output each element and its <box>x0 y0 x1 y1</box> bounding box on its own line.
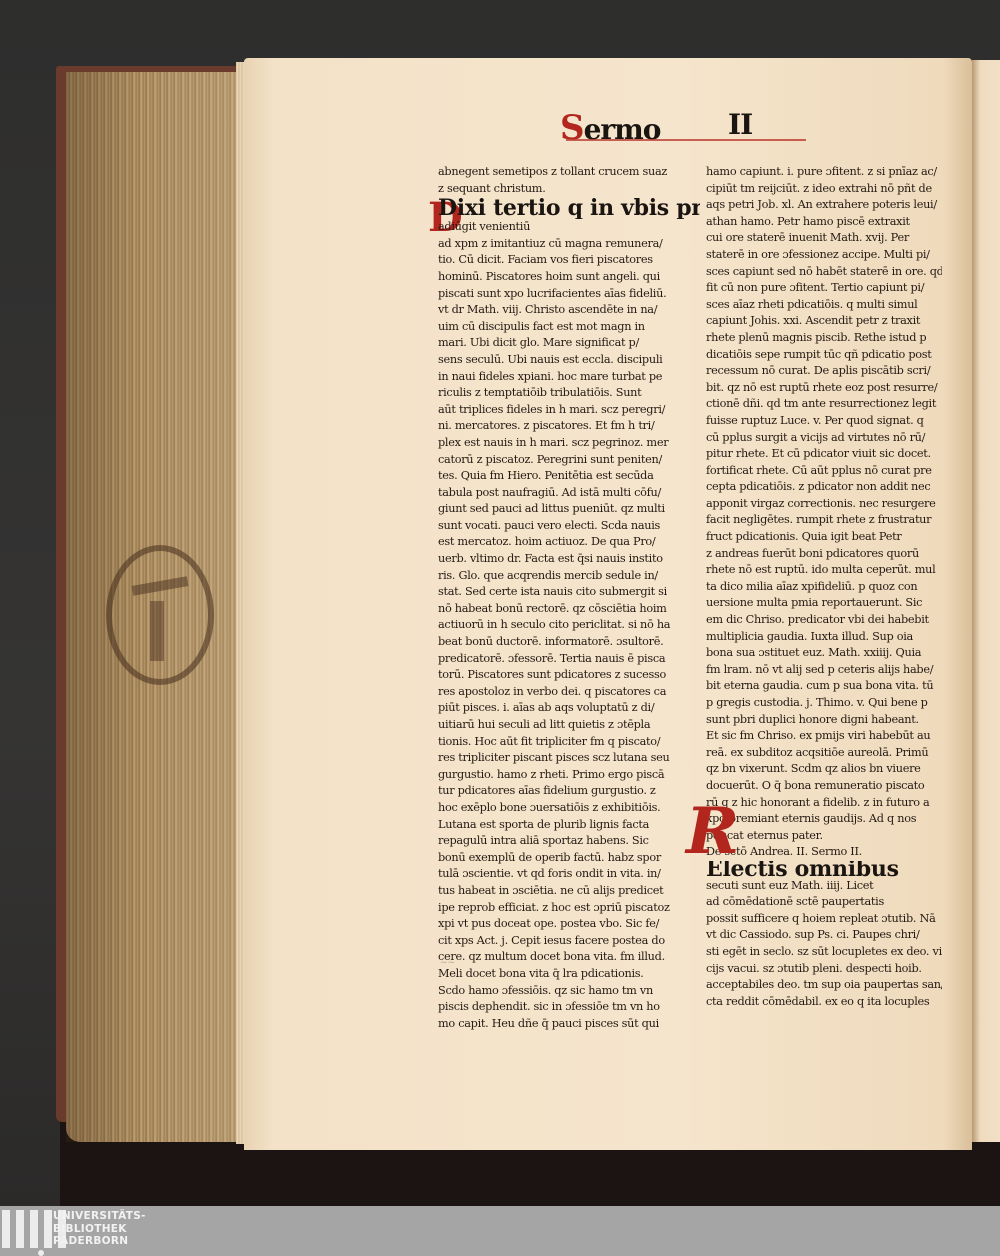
text-line: hamo capiunt. i. pure ɔfitent. z si pnīa… <box>706 164 942 181</box>
text-line: ipe reprob efficiat. z hoc est ɔpriū pis… <box>438 900 700 917</box>
facing-page-edge <box>972 60 1000 1142</box>
text-line: uerb. vltimo dr. Facta est q̄si nauis in… <box>438 551 700 568</box>
text-line: est mercatoz. hoim actiuoz. De qua Pro/ <box>438 534 700 551</box>
text-line: vt dic Cassiodo. sup Ps. ci. Paupes chri… <box>706 927 942 944</box>
text-line: staterē in ore ɔfessionez accipe. Multi … <box>706 247 942 264</box>
text-line: fruct pdicationis. Quia igit beat Petr <box>706 529 942 546</box>
text-line: adiūgit venientiū <box>438 219 700 236</box>
text-line: dicatiōis sepe rumpit tūc qñ pdicatio po… <box>706 347 942 364</box>
text-line: fit cū non pure ɔfitent. Tertio capiunt … <box>706 280 942 297</box>
logo-line-2: BIBLIOTHEK <box>53 1223 146 1236</box>
running-header: Sermo II <box>560 108 660 148</box>
text-line: reā. ex subditoz acqsitiōe aureolā. Prim… <box>706 745 942 762</box>
text-line: beat bonū ductorē. informatorē. ɔsultorē… <box>438 634 700 651</box>
text-line: secuti sunt euz Math. iiij. Licet <box>706 878 942 895</box>
text-line: piūt pisces. i. aīas ab aqs voluptatū z … <box>438 700 700 717</box>
text-line: tur pdicatores aīas fidelium gurgustio. … <box>438 783 700 800</box>
text-line: tulā ɔscientie. vt qd foris ondit in vit… <box>438 866 700 883</box>
text-line: Electis omnibus <box>706 861 942 878</box>
text-line: cipiūt tm reijciūt. z ideo extrahi nō pñ… <box>706 181 942 198</box>
text-line: abnegent semetipos z tollant crucem suaz <box>438 164 700 181</box>
text-line: bonū exemplū de operib factū. habz spor <box>438 850 700 867</box>
text-line: z andreas fuerūt boni pdicatores quorū <box>706 546 942 563</box>
dropcap-r: R <box>686 800 739 864</box>
text-line: athan hamo. Petr hamo piscē extraxit <box>706 214 942 231</box>
text-line: p gregis custodia. j. Thimo. v. Qui bene… <box>706 695 942 712</box>
text-line: hominū. Piscatores hoim sunt angeli. qui <box>438 269 700 286</box>
text-line: cū pplus surgit a vicijs ad virtutes nō … <box>706 430 942 447</box>
header-rule <box>566 139 806 141</box>
text-line: riculis z temptatiōib tribulatiōis. Sunt <box>438 385 700 402</box>
text-line: em dic Chriso. predicator vbi dei habebi… <box>706 612 942 629</box>
text-line: ta dico milia aīaz xpifideliū. p quoz co… <box>706 579 942 596</box>
text-line: aqs petri Job. xl. An extrahere poteris … <box>706 197 942 214</box>
text-line: Scdo hamo ɔfessiōis. qz sic hamo tm vn <box>438 983 700 1000</box>
text-line: rhete nō est ruptū. ido multa ceperūt. m… <box>706 562 942 579</box>
text-line: tionis. Hoc aūt fit tripliciter fm q pis… <box>438 734 700 751</box>
header-title: ermo <box>584 113 661 146</box>
text-line: bit. qz nō est ruptū rhete eoz post resu… <box>706 380 942 397</box>
text-line: tio. Cū dicit. Faciam vos fieri piscator… <box>438 252 700 269</box>
text-line: cijs vacui. sz ɔtutib pleni. despecti ho… <box>706 961 942 978</box>
text-line: mari. Ubi dicit glo. Mare significat p/ <box>438 335 700 352</box>
text-line: apponit virgaz correctionis. nec resurge… <box>706 496 942 513</box>
text-line: catorū z piscatoz. Peregrini sunt penite… <box>438 452 700 469</box>
text-line: predicatorē. ɔfessorē. Tertia nauis ē pi… <box>438 651 700 668</box>
text-line: z sequant christum. <box>438 181 700 198</box>
left-text-column: abnegent semetipos z tollant crucem suaz… <box>438 164 700 1032</box>
right-text-column: hamo capiunt. i. pure ɔfitent. z si pnīa… <box>706 164 942 1010</box>
text-line: sces capiunt sed nō habēt staterē in ore… <box>706 264 942 281</box>
text-line: nō habeat bonū rectorē. qz cōsciētia hoi… <box>438 601 700 618</box>
header-number: II <box>728 108 752 141</box>
text-line: cui ore staterē inuenit Math. xvij. Per <box>706 230 942 247</box>
text-line: Meli docet bona vita q̄ lra pdicationis. <box>438 966 700 983</box>
text-line: docuerūt. O q̄ bona remuneratio piscato <box>706 778 942 795</box>
text-line: tus habeat in ɔsciētia. ne cū alijs pred… <box>438 883 700 900</box>
logo-line-3: PADERBORN <box>53 1235 146 1248</box>
text-line: vt dr Math. viij. Christo ascendēte in n… <box>438 302 700 319</box>
text-line: hoc exēplo bone ɔuersatiōis z exhibitiōi… <box>438 800 700 817</box>
text-line: piscis dephendit. sic in ɔfessiōe tm vn … <box>438 999 700 1016</box>
text-line: stat. Sed certe ista nauis cito submergi… <box>438 584 700 601</box>
text-line: Lutana est sporta de plurib lignis facta <box>438 817 700 834</box>
text-line: recessum nō curat. De aplis piscātib scr… <box>706 363 942 380</box>
text-line: res tripliciter piscant pisces scz lutan… <box>438 750 700 767</box>
header-initial: S <box>560 108 584 148</box>
text-line: tabula post naufragiū. Ad istā multi cōf… <box>438 485 700 502</box>
text-line: rū q z hic honorant a fidelib. z in futu… <box>706 795 942 812</box>
text-line: plex est nauis in h mari. scz pegrinoz. … <box>438 435 700 452</box>
text-line: sunt vocati. pauci vero electi. Scda nau… <box>438 518 700 535</box>
logo-line-1: UNIVERSITÄTS- <box>53 1210 146 1223</box>
text-line: gurgustio. hamo z rheti. Primo ergo pisc… <box>438 767 700 784</box>
text-line: sunt pbri duplici honore digni habeant. <box>706 712 942 729</box>
text-line: actiuorū in h seculo cito periclitat. si… <box>438 617 700 634</box>
logo-dot-icon <box>38 1250 44 1256</box>
text-line: res apostoloz in verbo dei. q piscatores… <box>438 684 700 701</box>
signature-mark: ~~ <box>440 958 455 968</box>
text-line: uersione multa pmia reportauerunt. Sic <box>706 595 942 612</box>
text-line: capiunt Johis. xxi. Ascendit petr z trax… <box>706 313 942 330</box>
text-line: possit sufficere q hoiem repleat ɔtutib.… <box>706 911 942 928</box>
text-line: De sctō Andrea. II. Sermo II. <box>706 844 942 861</box>
text-line: qz bn vixerunt. Scdm qz alios bn viuere <box>706 761 942 778</box>
text-line: rhete plenū magnis piscib. Rethe istud p <box>706 330 942 347</box>
text-line: uitiarū hui seculi ad litt quietis z ɔtē… <box>438 717 700 734</box>
footer-bar: UNIVERSITÄTS- BIBLIOTHEK PADERBORN <box>0 1206 1000 1256</box>
text-line: bona sua ɔstituet euz. Math. xxiiij. Qui… <box>706 645 942 662</box>
text-line: ad cōmēdationē sctē paupertatis <box>706 894 942 911</box>
text-line: fm lram. nō vt alij sed p ceteris alijs … <box>706 662 942 679</box>
text-line: bit eterna gaudia. cum p sua bona vita. … <box>706 678 942 695</box>
text-line: pducat eternus pater. <box>706 828 942 845</box>
text-line: aūt triplices fideles in h mari. scz per… <box>438 402 700 419</box>
text-line: sces aīaz rheti pdicatiōis. q multi simu… <box>706 297 942 314</box>
text-line: facit negligētes. rumpit rhete z frustra… <box>706 512 942 529</box>
text-line: fortificat rhete. Cū aūt pplus nō curat … <box>706 463 942 480</box>
text-line: mo capit. Heu dñe q̄ pauci pisces sūt qu… <box>438 1016 700 1033</box>
text-line: Dixi tertio q in vbis pmissis <box>438 197 700 219</box>
text-line: ni. mercatores. z piscatores. Et fm h tr… <box>438 418 700 435</box>
text-line: xpo premiant eternis gaudijs. Ad q nos <box>706 811 942 828</box>
text-line: cepta pdicatiōis. z pdicator non addit n… <box>706 479 942 496</box>
text-line: repagulū intra aliā sportaz habens. Sic <box>438 833 700 850</box>
text-line: giunt sed pauci ad littus pueniūt. qz mu… <box>438 501 700 518</box>
text-line: in naui fideles xpiani. hoc mare turbat … <box>438 369 700 386</box>
text-line: ad xpm z imitantiuz cū magna remunera/ <box>438 236 700 253</box>
text-line: multiplicia gaudia. Iuxta illud. Sup oia <box>706 629 942 646</box>
text-line: uim cū discipulis fact est mot magn in <box>438 319 700 336</box>
ownership-stamp <box>106 545 214 685</box>
text-line: torū. Piscatores sunt pdicatores z suces… <box>438 667 700 684</box>
text-line: cere. qz multum docet bona vita. fm illu… <box>438 949 700 966</box>
text-line: ris. Glo. que acqrendis mercib sedule in… <box>438 568 700 585</box>
text-line: cit xps Act. j. Cepit iesus facere poste… <box>438 933 700 950</box>
text-line: sti egēt in seclo. sz sūt locupletes ex … <box>706 944 942 961</box>
library-logo-text: UNIVERSITÄTS- BIBLIOTHEK PADERBORN <box>53 1210 146 1248</box>
text-line: xpi vt pus doceat ope. postea vbo. Sic f… <box>438 916 700 933</box>
text-line: ctionē dñi. qd tm ante resurrectionez le… <box>706 396 942 413</box>
text-line: pitur rhete. Et cū pdicator viuit sic do… <box>706 446 942 463</box>
text-line: acceptabiles deo. tm sup oia paupertas s… <box>706 977 942 994</box>
text-line: cta reddit cōmēdabil. ex eo q ita locupl… <box>706 994 942 1011</box>
text-line: tes. Quia fm Hiero. Penitētia est secūda <box>438 468 700 485</box>
text-line: piscati sunt xpo lucrifacientes aīas fid… <box>438 286 700 303</box>
text-line: fuisse ruptuz Luce. v. Per quod signat. … <box>706 413 942 430</box>
text-line: sens seculū. Ubi nauis est eccla. discip… <box>438 352 700 369</box>
text-line: Et sic fm Chriso. ex pmijs viri habebūt … <box>706 728 942 745</box>
